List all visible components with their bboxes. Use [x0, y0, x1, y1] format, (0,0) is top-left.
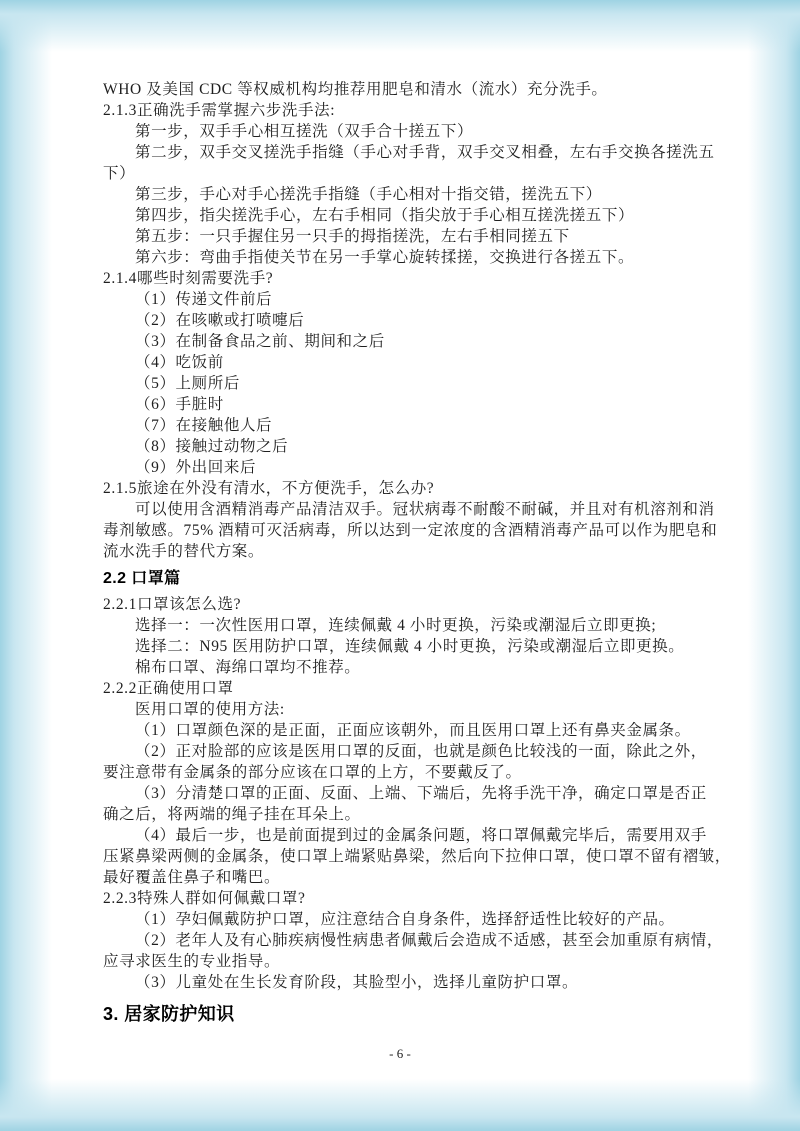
section-heading: 3. 居家防护知识	[103, 1000, 717, 1028]
text-line: 2.2.1口罩该怎么选?	[103, 594, 717, 615]
text-line: 流水洗手的替代方案。	[103, 541, 717, 562]
text-line: 确之后，将两端的绳子挂在耳朵上。	[103, 804, 717, 825]
page-number: - 6 -	[0, 1046, 800, 1062]
text-line: （1）传递文件前后	[103, 289, 717, 310]
text-line: 最好覆盖住鼻子和嘴巴。	[103, 867, 717, 888]
text-line: 2.1.5旅途在外没有清水，不方便洗手，怎么办?	[103, 478, 717, 499]
text-line: 棉布口罩、海绵口罩均不推荐。	[103, 657, 717, 678]
text-line: （3）在制备食品之前、期间和之后	[103, 331, 717, 352]
text-line: 下）	[103, 163, 717, 184]
text-line: （2）正对脸部的应该是医用口罩的反面，也就是颜色比较浅的一面，除此之外，	[103, 741, 717, 762]
section-heading: 2.2 口罩篇	[103, 566, 717, 592]
text-line: 第四步，指尖搓洗手心，左右手相同（指尖放于手心相互搓洗搓五下）	[103, 205, 717, 226]
document-content: WHO 及美国 CDC 等权威机构均推荐用肥皂和清水（流水）充分洗手。2.1.3…	[103, 79, 717, 1028]
text-line: 医用口罩的使用方法:	[103, 699, 717, 720]
text-line: （2）老年人及有心肺疾病慢性病患者佩戴后会造成不适感，甚至会加重原有病情，	[103, 930, 717, 951]
text-line: （4）最后一步，也是前面提到过的金属条问题，将口罩佩戴完毕后，需要用双手	[103, 825, 717, 846]
text-line: （3）分清楚口罩的正面、反面、上端、下端后，先将手洗干净，确定口罩是否正	[103, 783, 717, 804]
text-line: 第三步，手心对手心搓洗手指缝（手心相对十指交错，搓洗五下）	[103, 184, 717, 205]
text-line: （1）孕妇佩戴防护口罩，应注意结合自身条件，选择舒适性比较好的产品。	[103, 909, 717, 930]
text-line: （1）口罩颜色深的是正面，正面应该朝外，而且医用口罩上还有鼻夹金属条。	[103, 720, 717, 741]
text-line: （3）儿童处在生长发育阶段，其脸型小，选择儿童防护口罩。	[103, 972, 717, 993]
text-line: WHO 及美国 CDC 等权威机构均推荐用肥皂和清水（流水）充分洗手。	[103, 79, 717, 100]
text-line: （6）手脏时	[103, 394, 717, 415]
text-line: 要注意带有金属条的部分应该在口罩的上方，不要戴反了。	[103, 762, 717, 783]
text-line: 第一步，双手手心相互搓洗（双手合十搓五下）	[103, 121, 717, 142]
text-line: 应寻求医生的专业指导。	[103, 951, 717, 972]
text-line: （8）接触过动物之后	[103, 436, 717, 457]
text-line: 2.2.3特殊人群如何佩戴口罩?	[103, 888, 717, 909]
text-line: 第六步：弯曲手指使关节在另一手掌心旋转揉搓，交换进行各搓五下。	[103, 247, 717, 268]
page-frame: WHO 及美国 CDC 等权威机构均推荐用肥皂和清水（流水）充分洗手。2.1.3…	[0, 0, 800, 1131]
text-line: 2.1.4哪些时刻需要洗手?	[103, 268, 717, 289]
text-line: （5）上厕所后	[103, 373, 717, 394]
text-line: 第二步，双手交叉搓洗手指缝（手心对手背，双手交叉相叠，左右手交换各搓洗五	[103, 142, 717, 163]
text-line: 2.1.3正确洗手需掌握六步洗手法:	[103, 100, 717, 121]
text-line: 2.2.2正确使用口罩	[103, 678, 717, 699]
text-line: （9）外出回来后	[103, 457, 717, 478]
text-line: 可以使用含酒精消毒产品清洁双手。冠状病毒不耐酸不耐碱，并且对有机溶剂和消	[103, 499, 717, 520]
text-line: 压紧鼻梁两侧的金属条，使口罩上端紧贴鼻梁，然后向下拉伸口罩，使口罩不留有褶皱，	[103, 846, 717, 867]
text-line: （4）吃饭前	[103, 352, 717, 373]
text-line: 选择二：N95 医用防护口罩，连续佩戴 4 小时更换，污染或潮湿后立即更换。	[103, 636, 717, 657]
text-line: （2）在咳嗽或打喷嚏后	[103, 310, 717, 331]
text-line: 第五步：一只手握住另一只手的拇指搓洗，左右手相同搓五下	[103, 226, 717, 247]
text-line: 选择一：一次性医用口罩，连续佩戴 4 小时更换，污染或潮湿后立即更换;	[103, 615, 717, 636]
text-line: （7）在接触他人后	[103, 415, 717, 436]
text-line: 毒剂敏感。75% 酒精可灭活病毒，所以达到一定浓度的含酒精消毒产品可以作为肥皂和	[103, 520, 717, 541]
